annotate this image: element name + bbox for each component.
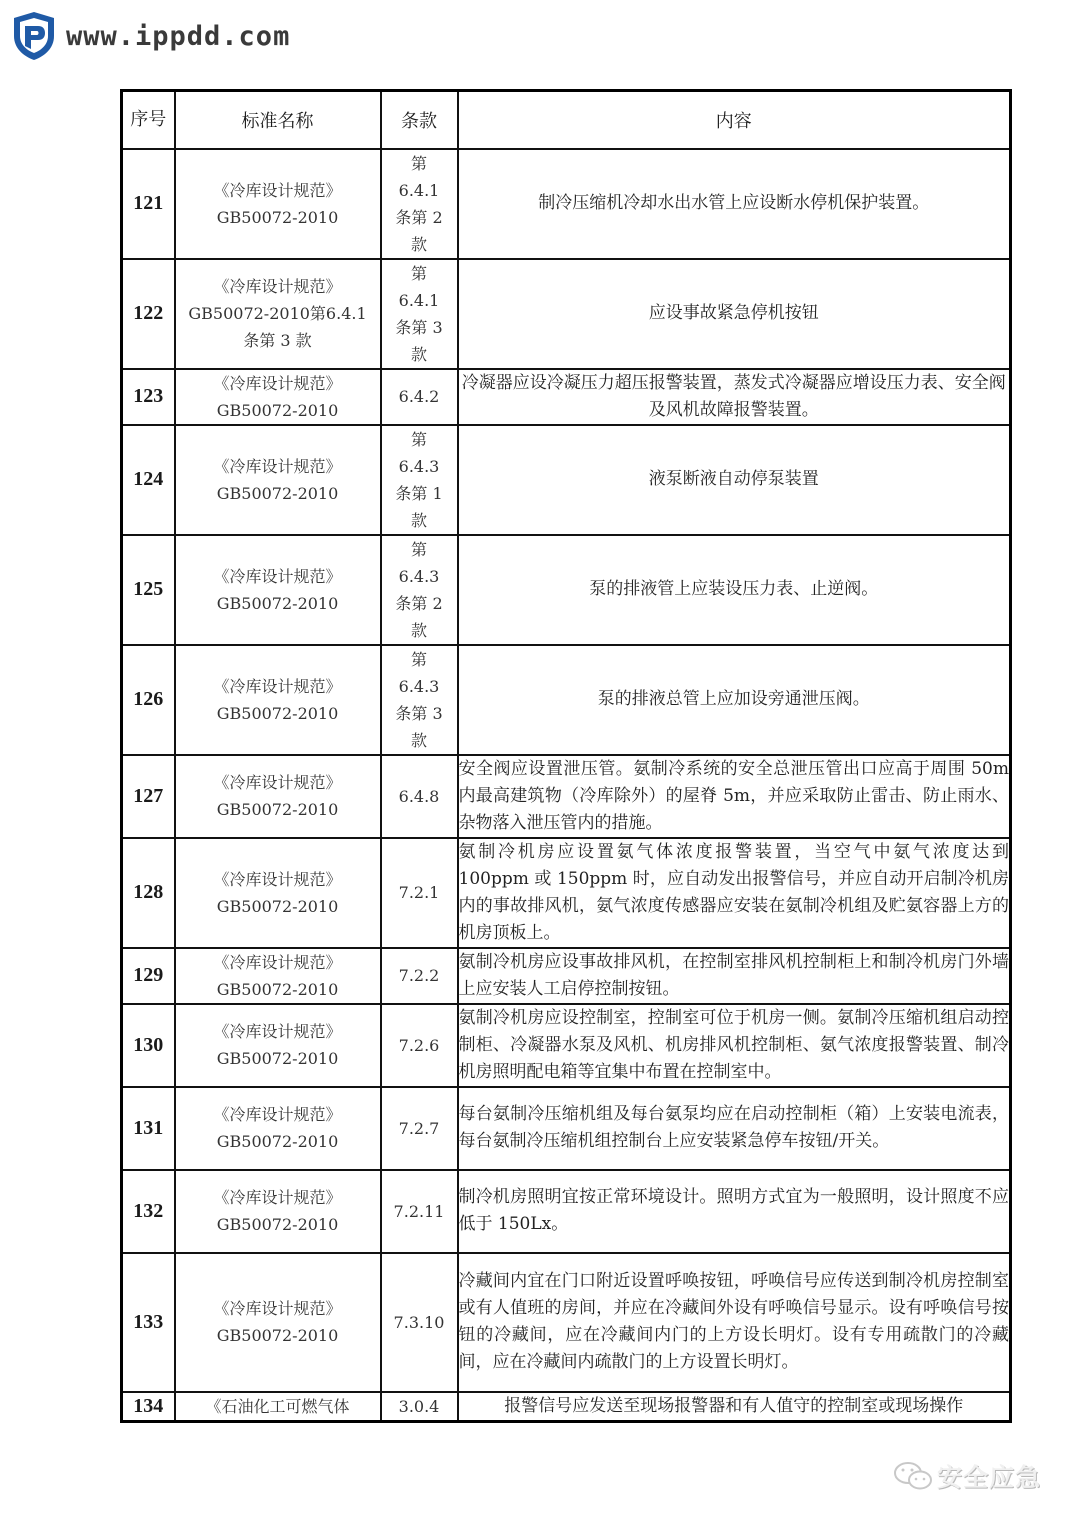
row-clause: 3.0.4 (381, 1392, 458, 1422)
row-content: 泵的排液总管上应加设旁通泄压阀。 (458, 645, 1011, 755)
row-standard-name: 《冷库设计规范》GB50072-2010 (175, 1170, 381, 1253)
header-clause: 条款 (381, 91, 458, 149)
row-content: 应设事故紧急停机按钮 (458, 259, 1011, 369)
row-seq: 126 (122, 645, 175, 755)
table-row: 131 《冷库设计规范》GB50072-2010 7.2.7 每台氨制冷压缩机组… (122, 1087, 1011, 1170)
row-standard-name: 《冷库设计规范》GB50072-2010 (175, 1253, 381, 1392)
table-row: 124 《冷库设计规范》GB50072-2010 第6.4.3条第 1款 液泵断… (122, 425, 1011, 535)
row-content: 安全阀应设置泄压管。氨制冷系统的安全总泄压管出口应高于周围 50m 内最高建筑物… (458, 755, 1011, 838)
row-clause: 第6.4.3条第 2款 (381, 535, 458, 645)
row-standard-name: 《冷库设计规范》GB50072-2010 (175, 838, 381, 948)
table-row: 125 《冷库设计规范》GB50072-2010 第6.4.3条第 2款 泵的排… (122, 535, 1011, 645)
row-clause: 7.2.2 (381, 948, 458, 1004)
row-content: 氨制冷机房应设置氨气体浓度报警装置，当空气中氨气浓度达到 100ppm 或 15… (458, 838, 1011, 948)
row-seq: 123 (122, 369, 175, 425)
table-row: 123 《冷库设计规范》GB50072-2010 6.4.2 冷凝器应设冷凝压力… (122, 369, 1011, 425)
site-url: www.ippdd.com (66, 21, 290, 52)
table-row: 126 《冷库设计规范》GB50072-2010 第6.4.3条第 3款 泵的排… (122, 645, 1011, 755)
row-seq: 128 (122, 838, 175, 948)
table-row: 121 《冷库设计规范》GB50072-2010 第6.4.1条第 2款 制冷压… (122, 149, 1011, 259)
row-clause: 第6.4.1条第 3款 (381, 259, 458, 369)
row-seq: 130 (122, 1004, 175, 1087)
row-content: 氨制冷机房应设控制室，控制室可位于机房一侧。氨制冷压缩机组启动控制柜、冷凝器水泵… (458, 1004, 1011, 1087)
row-content: 制冷机房照明宜按正常环境设计。照明方式宜为一般照明，设计照度不应低于 150Lx… (458, 1170, 1011, 1253)
table-header-row: 序号 标准名称 条款 内容 (122, 91, 1011, 149)
table-row: 130 《冷库设计规范》GB50072-2010 7.2.6 氨制冷机房应设控制… (122, 1004, 1011, 1087)
row-standard-name: 《冷库设计规范》GB50072-2010 (175, 948, 381, 1004)
row-standard-name: 《冷库设计规范》GB50072-2010 (175, 149, 381, 259)
row-clause: 第6.4.1条第 2款 (381, 149, 458, 259)
row-seq: 122 (122, 259, 175, 369)
row-standard-name: 《冷库设计规范》GB50072-2010 (175, 535, 381, 645)
row-standard-name: 《冷库设计规范》GB50072-2010 (175, 755, 381, 838)
shield-p-logo-icon (10, 10, 58, 62)
row-standard-name: 《冷库设计规范》GB50072-2010 (175, 425, 381, 535)
row-seq: 129 (122, 948, 175, 1004)
row-standard-name: 《冷库设计规范》GB50072-2010 (175, 1004, 381, 1087)
row-standard-name: 《冷库设计规范》GB50072-2010 (175, 645, 381, 755)
table-row: 129 《冷库设计规范》GB50072-2010 7.2.2 氨制冷机房应设事故… (122, 948, 1011, 1004)
table-row: 132 《冷库设计规范》GB50072-2010 7.2.11 制冷机房照明宜按… (122, 1170, 1011, 1253)
standards-table: 序号 标准名称 条款 内容 121 《冷库设计规范》GB50072-2010 第… (120, 89, 1012, 1423)
wechat-icon (893, 1460, 935, 1492)
row-seq: 132 (122, 1170, 175, 1253)
row-seq: 134 (122, 1392, 175, 1422)
row-clause: 6.4.2 (381, 369, 458, 425)
row-content: 冷凝器应设冷凝压力超压报警装置，蒸发式冷凝器应增设压力表、安全阀及风机故障报警装… (458, 369, 1011, 425)
row-clause: 第6.4.3条第 3款 (381, 645, 458, 755)
row-seq: 121 (122, 149, 175, 259)
row-clause: 第6.4.3条第 1款 (381, 425, 458, 535)
row-seq: 124 (122, 425, 175, 535)
row-clause: 7.2.11 (381, 1170, 458, 1253)
row-seq: 133 (122, 1253, 175, 1392)
table-row: 134 《石油化工可燃气体 3.0.4 报警信号应发送至现场报警器和有人值守的控… (122, 1392, 1011, 1422)
row-standard-name: 《冷库设计规范》GB50072-2010第6.4.1条第 3 款 (175, 259, 381, 369)
wechat-watermark: 安全应急 (893, 1458, 1041, 1494)
table-row: 128 《冷库设计规范》GB50072-2010 7.2.1 氨制冷机房应设置氨… (122, 838, 1011, 948)
row-clause: 7.2.7 (381, 1087, 458, 1170)
row-content: 报警信号应发送至现场报警器和有人值守的控制室或现场操作 (458, 1392, 1011, 1422)
table-row: 127 《冷库设计规范》GB50072-2010 6.4.8 安全阀应设置泄压管… (122, 755, 1011, 838)
header-seq: 序号 (122, 91, 175, 149)
row-content: 泵的排液管上应装设压力表、止逆阀。 (458, 535, 1011, 645)
row-seq: 131 (122, 1087, 175, 1170)
table-row: 133 《冷库设计规范》GB50072-2010 7.3.10 冷藏间内宜在门口… (122, 1253, 1011, 1392)
row-standard-name: 《石油化工可燃气体 (175, 1392, 381, 1422)
header-name: 标准名称 (175, 91, 381, 149)
row-content: 液泵断液自动停泵装置 (458, 425, 1011, 535)
row-clause: 6.4.8 (381, 755, 458, 838)
row-content: 冷藏间内宜在门口附近设置呼唤按钮，呼唤信号应传送到制冷机房控制室或有人值班的房间… (458, 1253, 1011, 1392)
wechat-account-name: 安全应急 (937, 1458, 1041, 1494)
row-content: 每台氨制冷压缩机组及每台氨泵均应在启动控制柜（箱）上安装电流表，每台氨制冷压缩机… (458, 1087, 1011, 1170)
row-clause: 7.2.1 (381, 838, 458, 948)
row-standard-name: 《冷库设计规范》GB50072-2010 (175, 369, 381, 425)
row-clause: 7.3.10 (381, 1253, 458, 1392)
row-content: 制冷压缩机冷却水出水管上应设断水停机保护装置。 (458, 149, 1011, 259)
table-row: 122 《冷库设计规范》GB50072-2010第6.4.1条第 3 款 第6.… (122, 259, 1011, 369)
header-content: 内容 (458, 91, 1011, 149)
row-standard-name: 《冷库设计规范》GB50072-2010 (175, 1087, 381, 1170)
site-watermark: www.ippdd.com (10, 10, 290, 62)
row-clause: 7.2.6 (381, 1004, 458, 1087)
row-content: 氨制冷机房应设事故排风机，在控制室排风机控制柜上和制冷机房门外墙上应安装人工启停… (458, 948, 1011, 1004)
row-seq: 125 (122, 535, 175, 645)
row-seq: 127 (122, 755, 175, 838)
